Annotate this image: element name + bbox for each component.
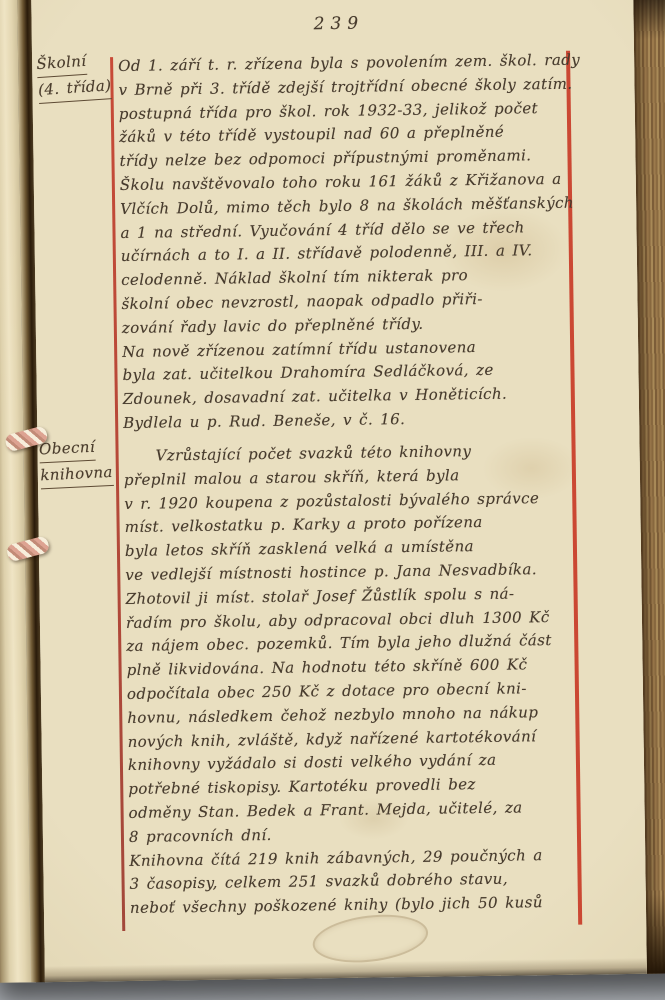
chronicle-photo: 239 Školní (4. třída) Obecní knihovna Od… [0,0,665,1000]
margin-note-line: Školní [36,49,88,78]
section-skolni-trida: Od 1. září t. r. zřízena byla s povolení… [118,48,643,436]
margin-note-obecni-knihovna: Obecní knihovna [38,434,113,489]
chronicle-page: 239 Školní (4. třída) Obecní knihovna Od… [31,0,647,982]
section-obecni-knihovna: Vzrůstající počet svazků této knihovny p… [123,438,650,921]
margin-note-line: knihovna [40,460,114,490]
margin-note-line: Obecní [38,435,95,464]
open-book: 239 Školní (4. třída) Obecní knihovna Od… [0,0,665,983]
margin-note-skolni: Školní (4. třída) [36,47,113,104]
page-number: 239 [313,14,364,35]
margin-note-line: (4. třída) [37,73,112,104]
